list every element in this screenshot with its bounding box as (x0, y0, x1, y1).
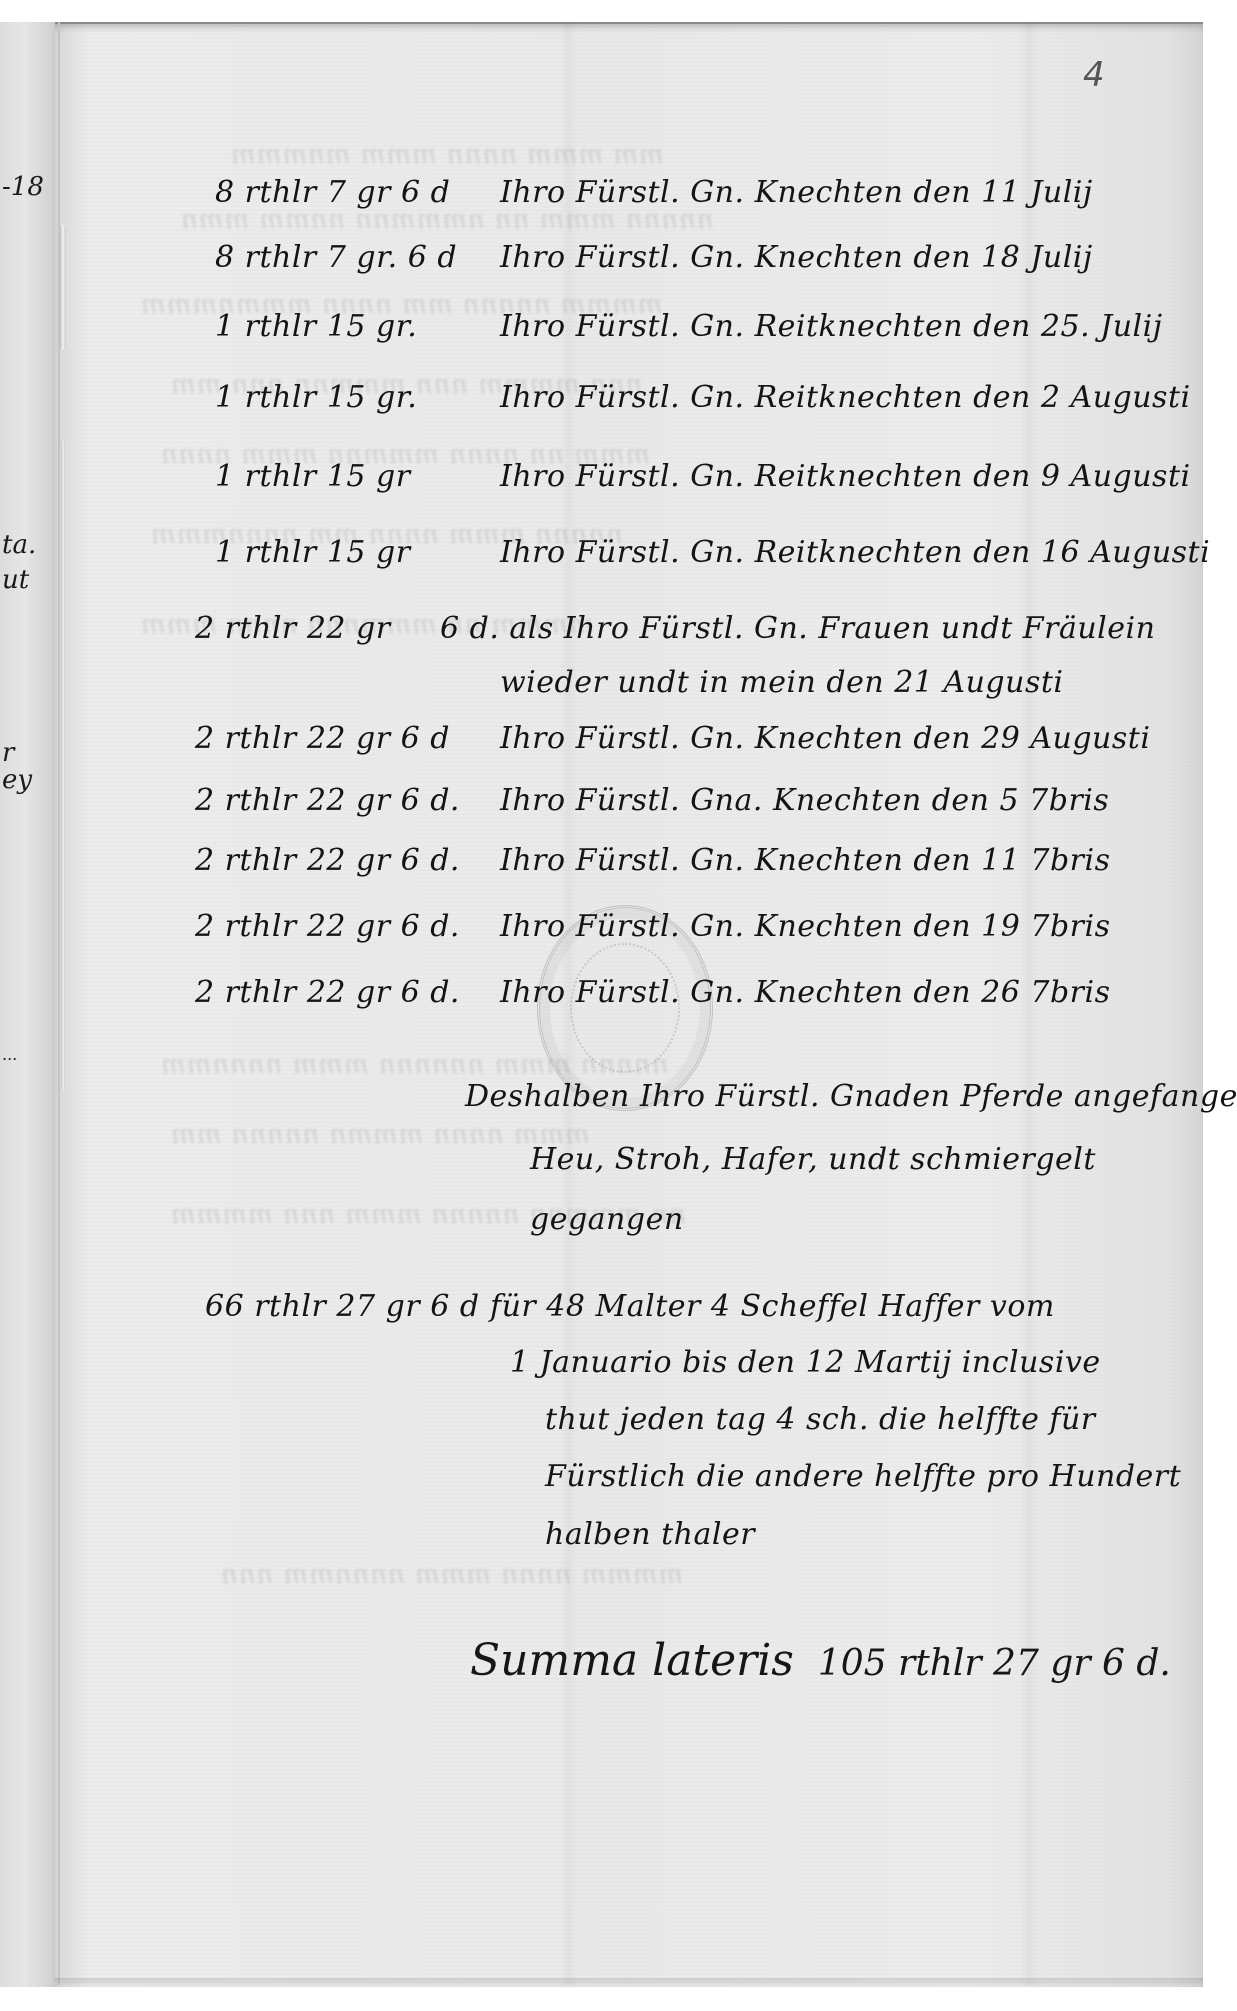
note-line: Deshalben Ihro Fürstl. Gnaden Pferde ang… (465, 1082, 1237, 1112)
entry-description: Ihro Fürstl. Gn. Knechten den 18 Julij (500, 243, 1093, 273)
entry-amount: 2 rthlr 22 gr 6 d. (195, 846, 460, 876)
entry-amount: 66 rthlr 27 gr 6 d (205, 1292, 480, 1322)
entry-amount: 8 rthlr 7 gr. 6 d (215, 243, 457, 273)
entry-amount: 1 rthlr 15 gr (215, 462, 411, 492)
entry-description: Ihro Fürstl. Gn. Reitknechten den 9 Augu… (500, 462, 1191, 492)
note-line: gegangen (530, 1205, 684, 1235)
note-line: Heu, Stroh, Hafer, undt schmiergelt (530, 1145, 1096, 1175)
entry-amount: 1 rthlr 15 gr. (215, 383, 417, 413)
margin-fragment: -18 (2, 172, 44, 202)
page-total-amount: 105 rthlr 27 gr 6 d. (818, 1643, 1171, 1684)
page-bottom-edge (55, 1978, 1203, 1988)
entry-amount: 2 rthlr 22 gr 6 d (195, 724, 450, 754)
entry-amount: 1 rthlr 15 gr (215, 538, 411, 568)
entry-amount: 2 rthlr 22 gr 6 d. (195, 786, 460, 816)
entry-continuation: halben thaler (545, 1520, 755, 1550)
entry-continuation: wieder undt in mein den 21 Augusti (500, 668, 1064, 698)
entry-amount: 8 rthlr 7 gr 6 d (215, 178, 450, 208)
entry-description: Ihro Fürstl. Gn. Knechten den 11 Julij (500, 178, 1093, 208)
entry-amount: 1 rthlr 15 gr. (215, 312, 417, 342)
entry-description: Ihro Fürstl. Gn. Reitknechten den 2 Augu… (500, 383, 1191, 413)
entry-description: Ihro Fürstl. Gn. Reitknechten den 16 Aug… (500, 538, 1210, 568)
entry-description: für 48 Malter 4 Scheffel Haffer vom (490, 1292, 1055, 1322)
margin-fragment: ta. (2, 530, 36, 560)
entry-continuation: thut jeden tag 4 sch. die helffte für (545, 1405, 1096, 1435)
previous-page-edge (0, 22, 60, 1987)
bleed-through-text: mm mmm nnnn mmm mnmmm (230, 140, 664, 170)
margin-fragment: ut (2, 565, 29, 595)
entry-description: Ihro Fürstl. Gna. Knechten den 5 7bris (500, 786, 1109, 816)
page-total-label: Summa lateris (470, 1635, 794, 1686)
entry-description: 6 d. als Ihro Fürstl. Gn. Frauen undt Fr… (440, 614, 1155, 644)
page-number: 4 (1083, 55, 1105, 95)
margin-fragment: r (2, 738, 14, 768)
bleed-through-text: mmm nnnn mmmn nnnnn mm (170, 1120, 590, 1150)
entry-continuation: 1 Januario bis den 12 Martij inclusive (510, 1348, 1101, 1378)
entry-description: Ihro Fürstl. Gn. Knechten den 11 7bris (500, 846, 1111, 876)
entry-continuation: Fürstlich die andere helffte pro Hundert (545, 1462, 1181, 1492)
entry-description: Ihro Fürstl. Gn. Knechten den 29 Augusti (500, 724, 1150, 754)
entry-description: Ihro Fürstl. Gn. Knechten den 26 7bris (500, 978, 1111, 1008)
binding-stitch (61, 440, 65, 1090)
bleed-through-text: mmmm nnnn mmm nnnnmm nnn (220, 1560, 683, 1590)
entry-amount: 2 rthlr 22 gr 6 d. (195, 978, 460, 1008)
page-total: Summa lateris 105 rthlr 27 gr 6 d. (470, 1635, 1171, 1686)
binding-stitch (60, 225, 66, 350)
entry-amount: 2 rthlr 22 gr (195, 614, 391, 644)
entry-description: Ihro Fürstl. Gn. Reitknechten den 25. Ju… (500, 312, 1163, 342)
entry-amount: 2 rthlr 22 gr 6 d. (195, 912, 460, 942)
margin-fragment: ... (2, 1045, 17, 1064)
margin-fragment: ey (2, 765, 32, 795)
entry-description: Ihro Fürstl. Gn. Knechten den 19 7bris (500, 912, 1111, 942)
